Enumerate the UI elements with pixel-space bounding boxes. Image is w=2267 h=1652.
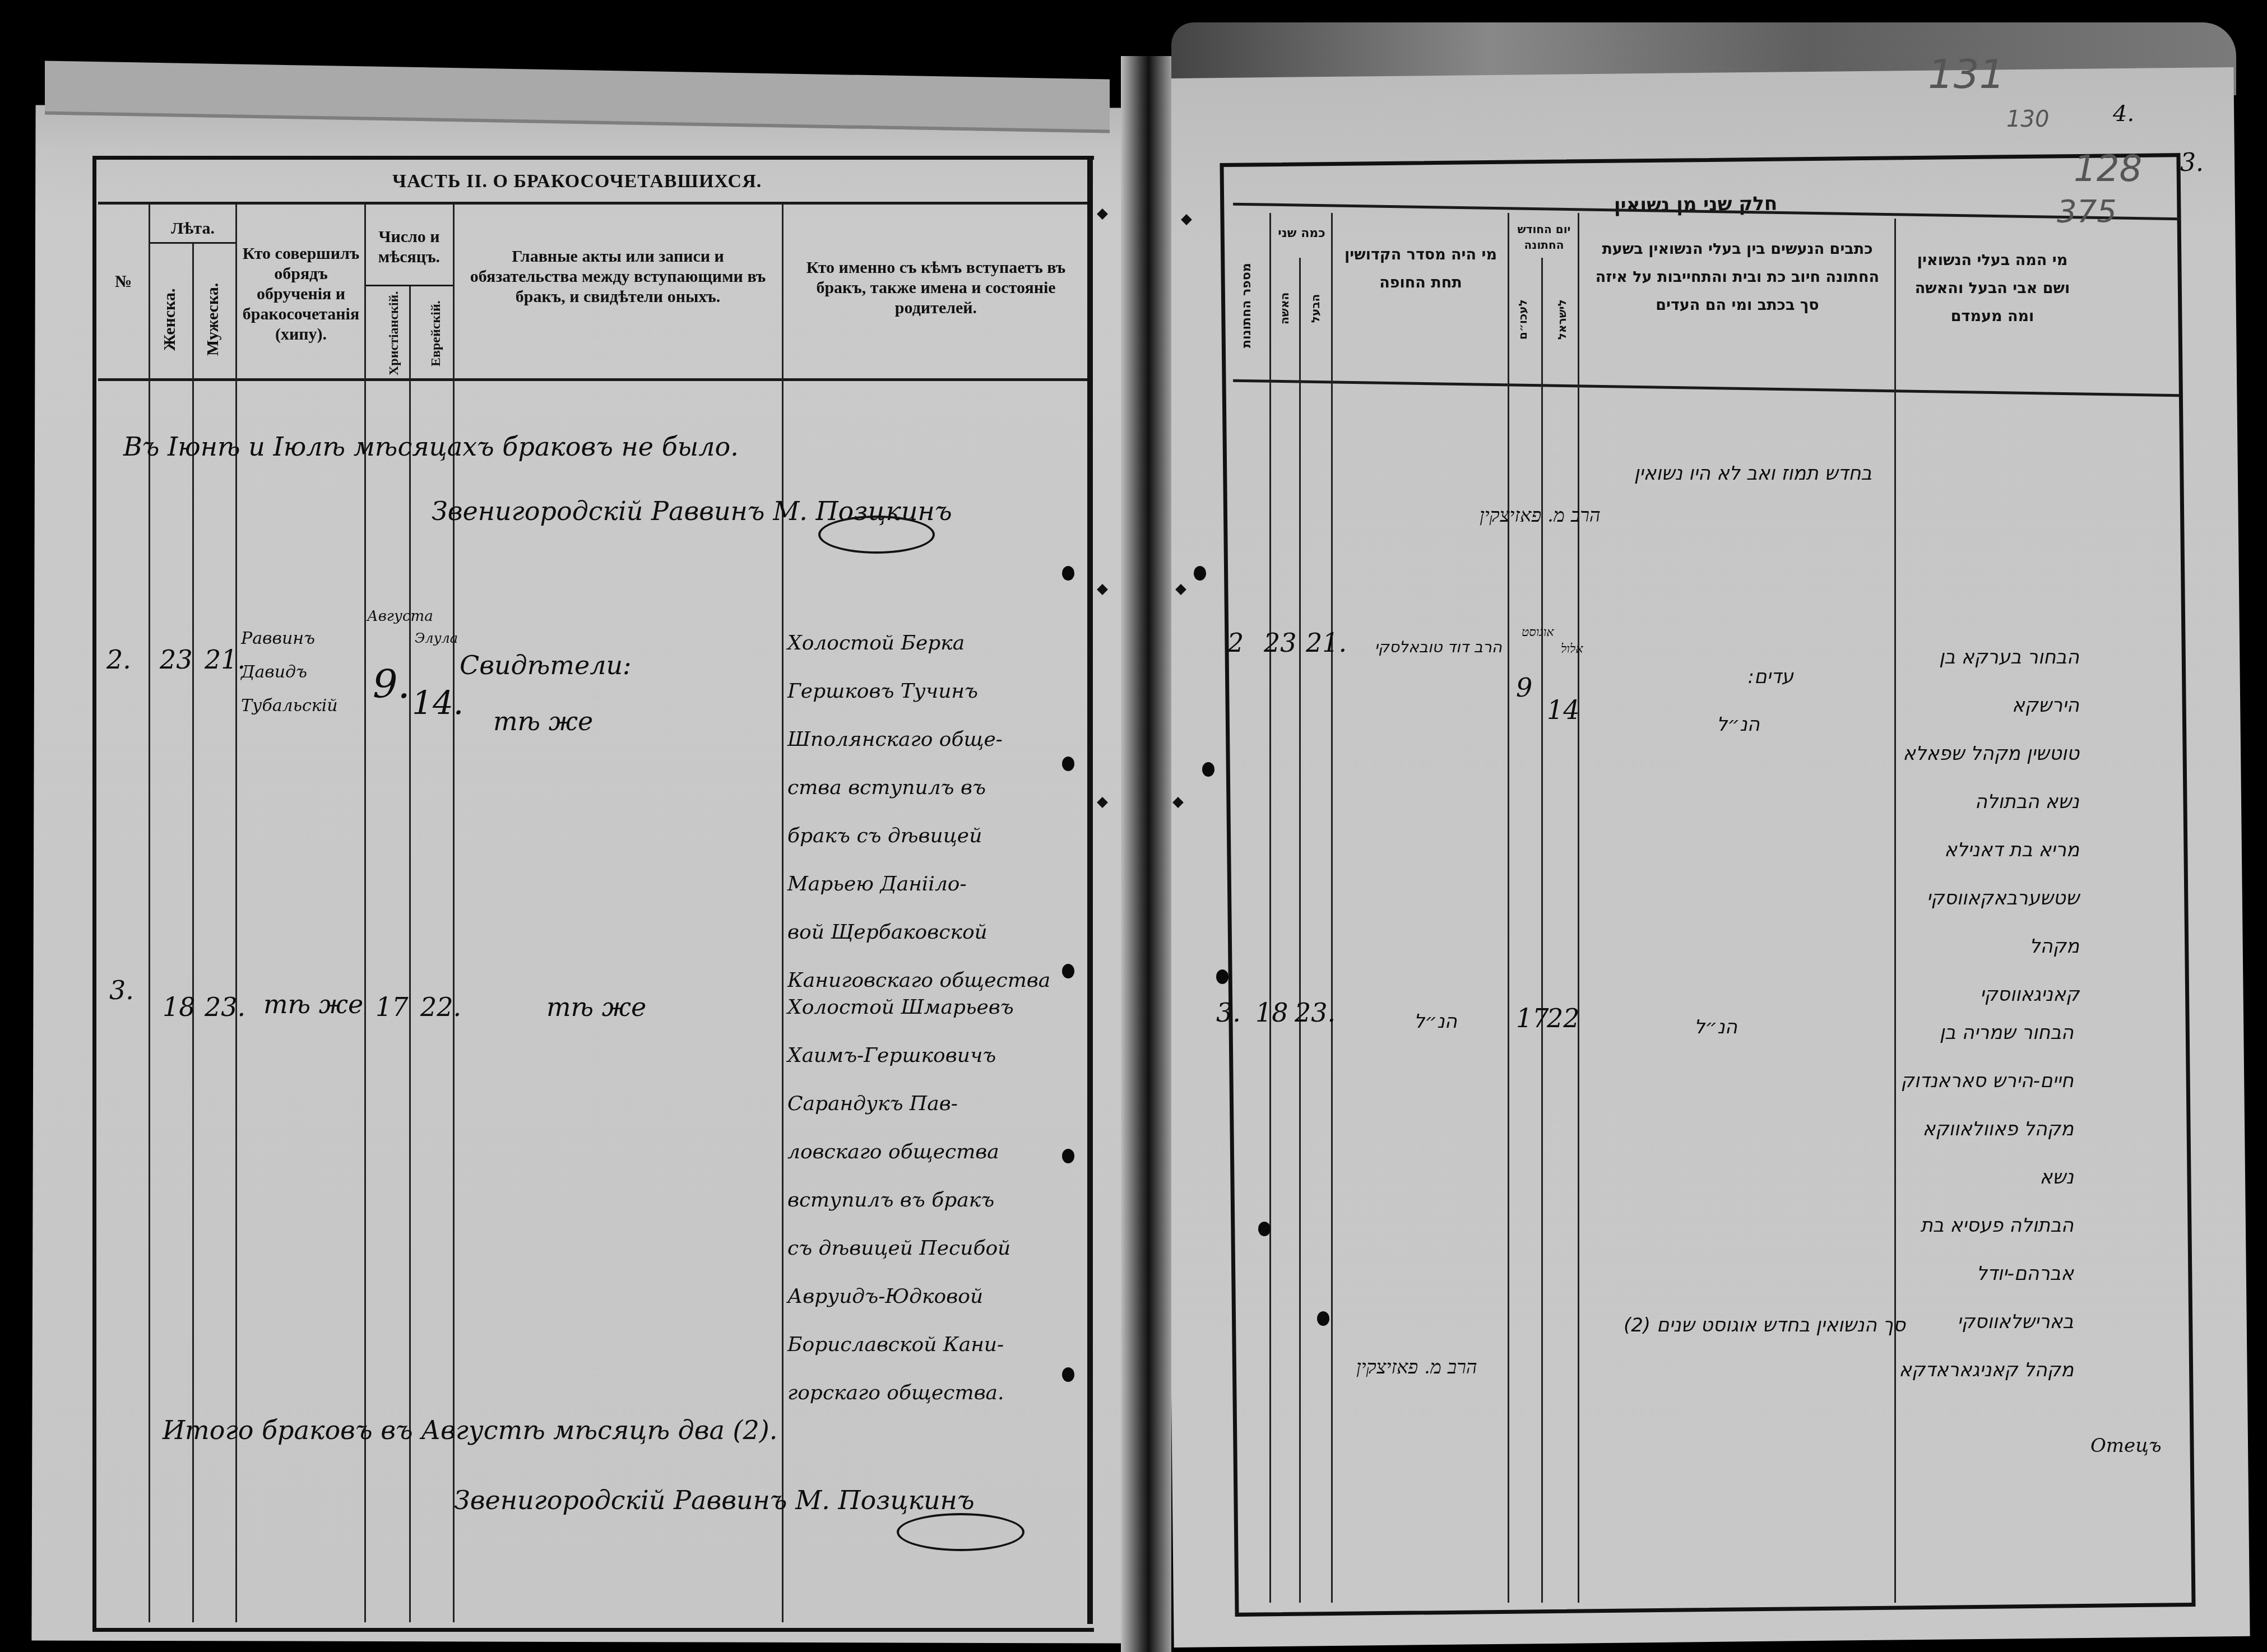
record-day-christian: 17 <box>375 992 409 1022</box>
parties-line: Шполянскаго обще- <box>787 716 1079 764</box>
col-header-number: № <box>101 272 146 292</box>
record-witnesses-label: Свидѣтели: <box>460 650 632 680</box>
left-part-title: ЧАСТЬ II. О БРАКОСОЧЕТАВШИХСЯ. <box>392 171 762 192</box>
book-spine <box>1121 56 1171 1652</box>
col-header-parties-he: מי המה בעלי הנשואין ושם אבי הבעל והאשה ו… <box>1903 247 2082 331</box>
col-divider <box>1269 213 1271 1603</box>
note-no-marriages-he: בחדש תמוז ואב לא היו נשואין <box>1513 460 1872 488</box>
col-header-date-christian: Христіанскій. <box>387 291 401 375</box>
header-top-rule <box>98 202 1087 205</box>
record-age-female: 18 <box>1255 997 1288 1028</box>
binding-hole-icon <box>1202 762 1214 777</box>
left-frame-right-border <box>1087 156 1093 1624</box>
record-witnesses: тѣ же <box>493 706 593 736</box>
record-age-female: 18 <box>163 992 196 1022</box>
col-header-number-he: מספר החתונות <box>1239 241 1255 370</box>
parties-line: מקהל קאניגאראדקא <box>1894 1346 2074 1394</box>
col-header-ages: Лѣта. <box>150 219 235 239</box>
col-header-age-female: Женска. <box>160 269 180 370</box>
folio-number: 128 <box>2074 149 2142 190</box>
record-officiant: הנ״ל <box>1345 997 1457 1046</box>
parties-line: съ дѣвицей Песибой <box>787 1224 1079 1273</box>
total-marriages-note-he: סך הנשואין בחדש אוגוסט שנים (2) <box>1502 1311 1906 1339</box>
parties-line: вступилъ въ бракъ <box>787 1176 1079 1224</box>
parties-line: Холостой Шмарьевъ <box>787 983 1079 1032</box>
col-header-acts-he: כתבים הנעשים בין בעלי הנשואין בשעת החתונ… <box>1586 235 1889 319</box>
record-month-a: אוגוסט <box>1522 625 1554 639</box>
record-day-jewish: 14. <box>412 684 463 722</box>
parties-line: הבחור בערקא בן הירשקא <box>1900 633 2079 730</box>
record-day-a: 17 <box>1516 1003 1549 1033</box>
col-divider <box>1508 213 1509 1603</box>
col-header-date-b-he: לישראל <box>1555 297 1569 342</box>
binding-hole-icon <box>1317 1311 1329 1326</box>
signature-flourish-icon <box>818 516 935 554</box>
binding-hole-icon <box>1062 566 1074 581</box>
page-number: 3. <box>2180 149 2204 177</box>
parties-line: הבחור שמריה בן <box>1894 1009 2074 1057</box>
record-day-a: 9 <box>1516 672 1532 703</box>
col-header-age-male: Мужеска. <box>203 269 223 370</box>
parties-line: Хаимъ-Гершковичъ <box>787 1032 1079 1080</box>
col-header-date-jewish: Еврейскій. <box>429 291 443 375</box>
record-parties: Холостой Берка Гершковъ Тучинъ Шполянска… <box>787 619 1079 1005</box>
parties-line: מריא בת דאנילא <box>1900 826 2079 874</box>
parties-line: אברהם-יודל בארישלאווסקי <box>1894 1250 2074 1346</box>
col-divider <box>1331 213 1333 1603</box>
col-header-parties: Кто именно съ кѣмъ вступаетъ въ бракъ, т… <box>787 258 1084 318</box>
parties-line: вой Щербаковской <box>787 908 1079 957</box>
parties-line: Бориславской Кани- <box>787 1321 1079 1369</box>
col-header-officiant-he: מי היה מסדר הקדושין תחת החופה <box>1339 241 1502 297</box>
parties-line: бракъ съ дѣвицей <box>787 812 1079 860</box>
record-age-male: 21. <box>1306 628 1347 658</box>
col-header-date-a-he: לעכו״ם <box>1516 297 1529 342</box>
parties-line: נשא הבתולה <box>1900 778 2079 826</box>
record-witnesses: הנ״ל <box>1625 1003 1737 1051</box>
record-month-christian: Августа <box>367 608 433 625</box>
record-officiant: тѣ же <box>263 989 363 1019</box>
binding-hole-icon <box>1062 1149 1074 1163</box>
record-number: 2. <box>106 644 131 675</box>
col-header-ages-he: כמה שני <box>1272 220 1331 248</box>
record-parties-he: הבחור שמריה בן חיים-הירש סאראנדוק מקהל פ… <box>1894 1009 2074 1394</box>
parties-line: הבתולה פעסיא בת <box>1894 1201 2074 1250</box>
record-age-male: 23. <box>1295 997 1336 1028</box>
parties-line: Сарандукъ Пав- <box>787 1080 1079 1128</box>
col-divider <box>364 205 366 1622</box>
parties-line: טוטשין מקהל שפאלא <box>1900 730 2079 778</box>
record-day-christian: 9. <box>373 661 410 707</box>
folio-number-mid: 4. <box>2113 101 2134 127</box>
col-header-officiant: Кто совершилъ обрядъ обрученія и бракосо… <box>240 244 362 345</box>
margin-note: Отецъ <box>2090 1435 2162 1457</box>
total-marriages-note: Итого браковъ въ Августѣ мѣсяцѣ два (2). <box>163 1415 777 1445</box>
col-divider <box>1299 258 1301 1603</box>
record-month-jewish: Элула <box>415 630 458 646</box>
parties-line: ства вступилъ въ <box>787 764 1079 812</box>
binding-hole-icon <box>1062 964 1074 978</box>
record-age-female: 23 <box>160 644 193 675</box>
col-divider <box>1894 219 1896 1603</box>
record-parties-he: הבחור בערקא בן הירשקא טוטשין מקהל שפאלא … <box>1900 633 2079 1019</box>
record-age-female: 23 <box>1264 628 1297 658</box>
parties-line: Холостой Берка <box>787 619 1079 667</box>
col-header-age-male-he: הבעל <box>1309 280 1322 336</box>
sub-rule <box>366 285 453 286</box>
record-day-b: 14 <box>1547 695 1580 725</box>
parties-line: מקהל פאוולאווקא נשא <box>1894 1105 2074 1201</box>
col-divider <box>453 205 455 1622</box>
note-no-marriages: Въ Іюнѣ и Іюлѣ мѣсяцахъ браковъ не было. <box>123 431 739 462</box>
col-header-acts: Главные акты или записи и обязательства … <box>457 247 779 307</box>
record-number: 2 <box>1227 628 1244 658</box>
binding-hole-icon <box>1258 1222 1271 1236</box>
signature-flourish-icon <box>897 1513 1024 1551</box>
record-witnesses: тѣ же <box>546 992 646 1022</box>
rabbi-signature-2: Звенигородскій Раввинъ М. Позцкинъ <box>454 1485 975 1515</box>
record-witnesses-label: עדים: <box>1681 653 1793 701</box>
binding-hole-icon <box>1194 566 1206 581</box>
record-officiant: הרב דוד טובאלסקי <box>1345 628 1502 667</box>
record-age-male: 21. <box>205 644 245 675</box>
parties-line: Гершковъ Тучинъ <box>787 667 1079 716</box>
binding-hole-icon <box>1062 757 1074 771</box>
parties-line: Марьею Данііло- <box>787 860 1079 908</box>
record-parties: Холостой Шмарьевъ Хаимъ-Гершковичъ Саран… <box>787 983 1079 1417</box>
col-divider <box>782 205 784 1622</box>
folio-number-top-b: 130 <box>2006 106 2049 132</box>
parties-line: горскаго общества. <box>787 1369 1079 1417</box>
record-number: 3. <box>1216 997 1241 1028</box>
parties-line: שטשערבאקאווסקי מקהל <box>1900 874 2079 971</box>
col-divider <box>149 205 150 1622</box>
record-day-b: 22 <box>1547 1003 1580 1033</box>
header-bottom-rule <box>98 378 1087 381</box>
col-divider <box>1578 213 1579 1603</box>
record-month-b: אלול <box>1561 642 1583 656</box>
sub-rule <box>150 242 235 244</box>
record-day-jewish: 22. <box>420 992 461 1022</box>
rabbi-signature-he: הרב מ. פאזיצקין <box>1480 504 1601 527</box>
binding-hole-icon <box>1062 1367 1074 1382</box>
binding-hole-icon <box>1216 969 1228 984</box>
col-divider <box>235 205 237 1622</box>
col-header-date-he: יום החודש החתונה <box>1510 221 1578 253</box>
col-header-age-female-he: האשה <box>1278 280 1291 336</box>
archive-stamp-number: 375 <box>2057 193 2117 230</box>
folio-number-top-a: 131 <box>1928 50 2005 98</box>
record-number: 3. <box>109 975 134 1005</box>
col-header-date: Число и мѣсяцъ. <box>367 227 451 267</box>
parties-line: חיים-הירש סאראנדוק <box>1894 1057 2074 1105</box>
parties-line: ловскаго общества <box>787 1128 1079 1176</box>
record-officiant: Раввинъ Давидъ Тубальскій <box>241 622 359 723</box>
record-age-male: 23. <box>205 992 245 1022</box>
record-witnesses: הנ״ל <box>1648 700 1760 749</box>
rabbi-signature-he-2: הרב מ. פאזיצקין <box>1356 1356 1477 1379</box>
parties-line: Авруидъ-Юдковой <box>787 1273 1079 1321</box>
